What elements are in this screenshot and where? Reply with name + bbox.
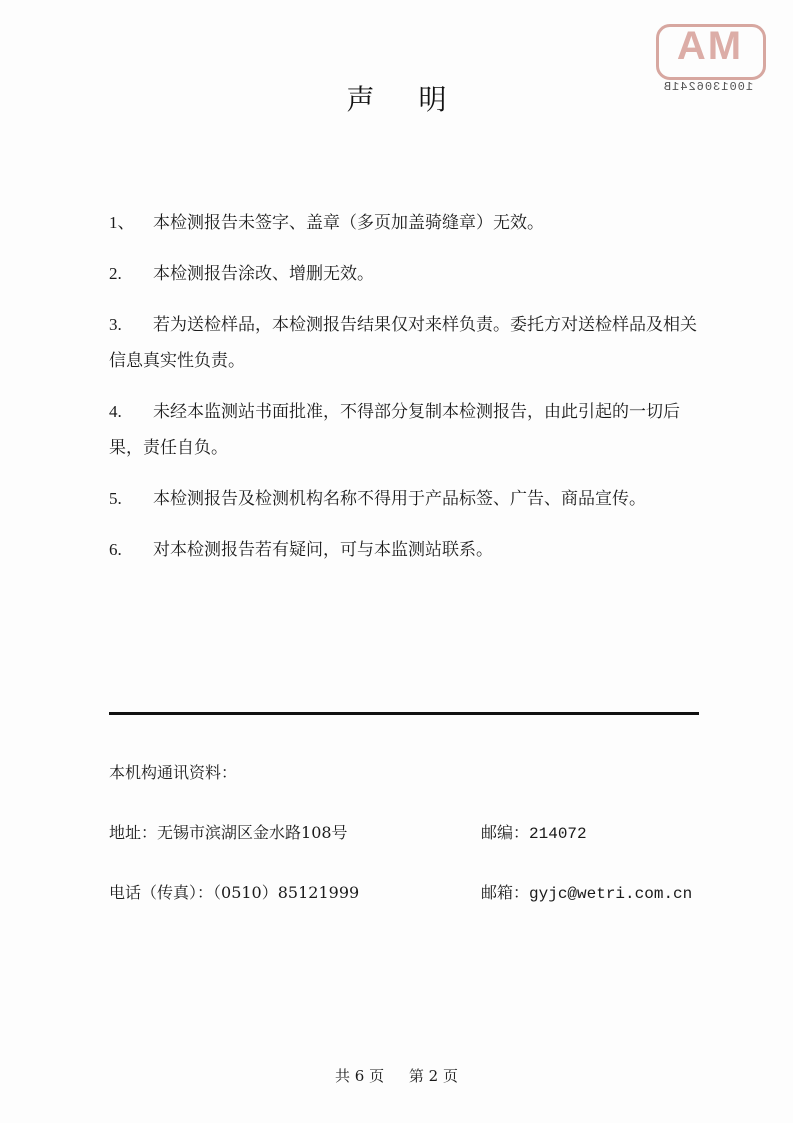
item-number: 5. — [109, 481, 153, 517]
contact-row-address: 地址：无锡市滨湖区金水路108号 邮编：214072 — [109, 820, 348, 843]
email-value: gyjc@wetri.com.cn — [529, 885, 692, 903]
item-text: 若为送检样品，本检测报告结果仅对来样负责。委托方对送检样品及相关信息真实性负责。 — [109, 315, 697, 371]
address-label: 地址： — [109, 823, 157, 842]
item-number: 1、 — [109, 205, 153, 241]
address-value: 无锡市滨湖区金水路108号 — [157, 823, 348, 842]
statement-item: 5.本检测报告及检测机构名称不得用于产品标签、广告、商品宣传。 — [109, 481, 709, 517]
statement-item: 2.本检测报告涂改、增删无效。 — [109, 256, 709, 292]
stamp-logo-icon: AM — [660, 24, 760, 69]
statement-item: 4.未经本监测站书面批准，不得部分复制本检测报告，由此引起的一切后果，责任自负。 — [109, 394, 709, 466]
section-divider — [109, 712, 699, 715]
page-title: 声明 — [0, 78, 793, 118]
statement-item: 6.对本检测报告若有疑问，可与本监测站联系。 — [109, 532, 709, 568]
total-pages: 共 6 页 — [335, 1067, 384, 1085]
phone-value: （0510）85121999 — [213, 883, 359, 902]
item-number: 6. — [109, 532, 153, 568]
item-number: 4. — [109, 394, 153, 430]
contact-row-phone: 电话（传真）：（0510）85121999 邮箱：gyjc@wetri.com.… — [109, 880, 359, 903]
page-footer: 共 6 页 第 2 页 — [0, 1065, 793, 1086]
current-page: 第 2 页 — [409, 1067, 458, 1085]
statement-item: 3.若为送检样品，本检测报告结果仅对来样负责。委托方对送检样品及相关信息真实性负… — [109, 307, 709, 379]
statement-item: 1、本检测报告未签字、盖章（多页加盖骑缝章）无效。 — [109, 205, 709, 241]
email-label: 邮箱： — [481, 883, 529, 902]
postcode-block: 邮编：214072 — [481, 820, 587, 843]
item-text: 本检测报告未签字、盖章（多页加盖骑缝章）无效。 — [153, 213, 544, 233]
item-text: 本检测报告及检测机构名称不得用于产品标签、广告、商品宣传。 — [153, 489, 646, 509]
statement-list: 1、本检测报告未签字、盖章（多页加盖骑缝章）无效。 2.本检测报告涂改、增删无效… — [109, 205, 709, 583]
item-number: 2. — [109, 256, 153, 292]
postcode-value: 214072 — [529, 825, 587, 843]
email-block: 邮箱：gyjc@wetri.com.cn — [481, 880, 692, 903]
contact-heading: 本机构通讯资料： — [109, 760, 237, 783]
phone-label: 电话（传真）： — [109, 883, 213, 902]
document-page: AM 1001306241B 声明 1、本检测报告未签字、盖章（多页加盖骑缝章）… — [0, 0, 793, 1123]
item-number: 3. — [109, 307, 153, 343]
item-text: 未经本监测站书面批准，不得部分复制本检测报告，由此引起的一切后果，责任自负。 — [109, 402, 680, 458]
item-text: 本检测报告涂改、增删无效。 — [153, 264, 374, 284]
postcode-label: 邮编： — [481, 823, 529, 842]
item-text: 对本检测报告若有疑问，可与本监测站联系。 — [153, 540, 493, 560]
